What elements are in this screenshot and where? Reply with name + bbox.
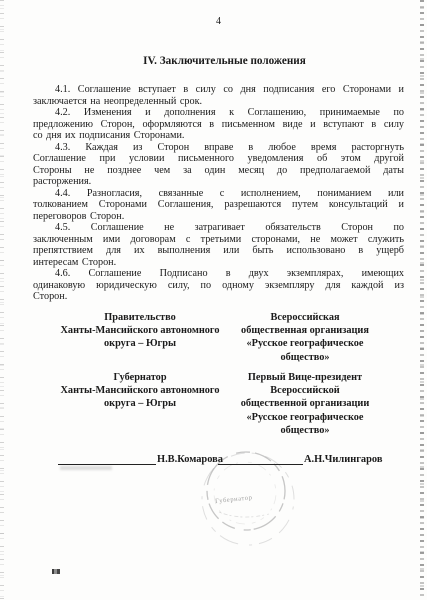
body-line: 4.4. Разногласия, связанные с исполнение… — [33, 188, 404, 200]
signatory-line: Правительство — [55, 311, 225, 324]
body-line: 4.1. Соглашение вступает в силу со дня п… — [33, 84, 404, 96]
signatory-line: Первый Вице-президент — [220, 371, 390, 384]
signature-line-left — [58, 464, 156, 465]
signatory-line: округа – Югры — [55, 337, 225, 350]
signatory-line: Ханты-Мансийского автономного — [55, 384, 225, 397]
scan-noise-right-edge — [420, 0, 424, 600]
signatory-line: «Русское географическое — [220, 337, 390, 350]
signatory-line: Всероссийская — [220, 311, 390, 324]
official-stamp: Губернатор — [185, 448, 315, 568]
page-number: 4 — [33, 16, 404, 27]
scan-noise-left-edge — [0, 0, 4, 600]
body-text: 4.1. Соглашение вступает в силу со дня п… — [33, 84, 404, 303]
signatory-line: «Русское географическое — [220, 411, 390, 424]
body-line: расторжения. — [33, 176, 404, 188]
signatory-line: Ханты-Мансийского автономного — [55, 324, 225, 337]
scanned-document-page: 4 IV. Заключительные положения 4.1. Согл… — [0, 0, 427, 600]
section-heading: IV. Заключительные положения — [33, 55, 416, 67]
body-line: со дня их подписания Сторонами. — [33, 130, 404, 142]
body-line: 4.5. Соглашение не затрагивает обязатель… — [33, 222, 404, 234]
signatory-line: Губернатор — [55, 371, 225, 384]
signature-smudge — [60, 466, 112, 470]
signatory-line: общественная организация — [220, 324, 390, 337]
body-line: одинаковую юридическую силу, по одному э… — [33, 280, 404, 292]
body-line: Сторон. — [33, 291, 404, 303]
signatory-governor-title-block: ГубернаторХанты-Мансийского автономногоо… — [55, 371, 225, 411]
body-line: Соглашение при условии письменного уведо… — [33, 153, 404, 165]
signatory-line: общественной организации — [220, 397, 390, 410]
signatory-line: Всероссийской — [220, 384, 390, 397]
signatory-line: общество» — [220, 351, 390, 364]
body-line: заключается на неопределенный срок. — [33, 96, 404, 108]
body-line: 4.6. Соглашение Подписано в двух экземпл… — [33, 268, 404, 280]
body-line: заключенным ими договорам с третьими сто… — [33, 234, 404, 246]
signatory-line: общество» — [220, 424, 390, 437]
signatory-vice-president-title-block: Первый Вице-президентВсероссийскойобщест… — [220, 371, 390, 437]
body-line: толкованием Сторонами Соглашения, разреш… — [33, 199, 404, 211]
scan-artifact-speck — [52, 569, 60, 574]
stamp-text: Губернатор — [215, 494, 253, 505]
body-line: 4.2. Изменения и дополнения к Соглашению… — [33, 107, 404, 119]
signature-line-right — [218, 464, 303, 465]
signature-name-chilingarov: А.Н.Чилингаров — [304, 454, 382, 465]
signatory-line: округа – Югры — [55, 397, 225, 410]
signatory-government-block: ПравительствоХанты-Мансийского автономно… — [55, 311, 225, 351]
body-line: интересам Сторон. — [33, 257, 404, 269]
body-line: 4.3. Каждая из Сторон вправе в любое вре… — [33, 142, 404, 154]
signature-name-komarova: Н.В.Комарова — [157, 454, 223, 465]
body-line: предложению Сторон, оформляются в письме… — [33, 119, 404, 131]
body-line: Стороны не позднее чем за один месяц до … — [33, 165, 404, 177]
body-line: переговоров Сторон. — [33, 211, 404, 223]
signatory-organization-block: Всероссийскаяобщественная организация«Ру… — [220, 311, 390, 364]
body-line: препятствием для их выполнения или быть … — [33, 245, 404, 257]
